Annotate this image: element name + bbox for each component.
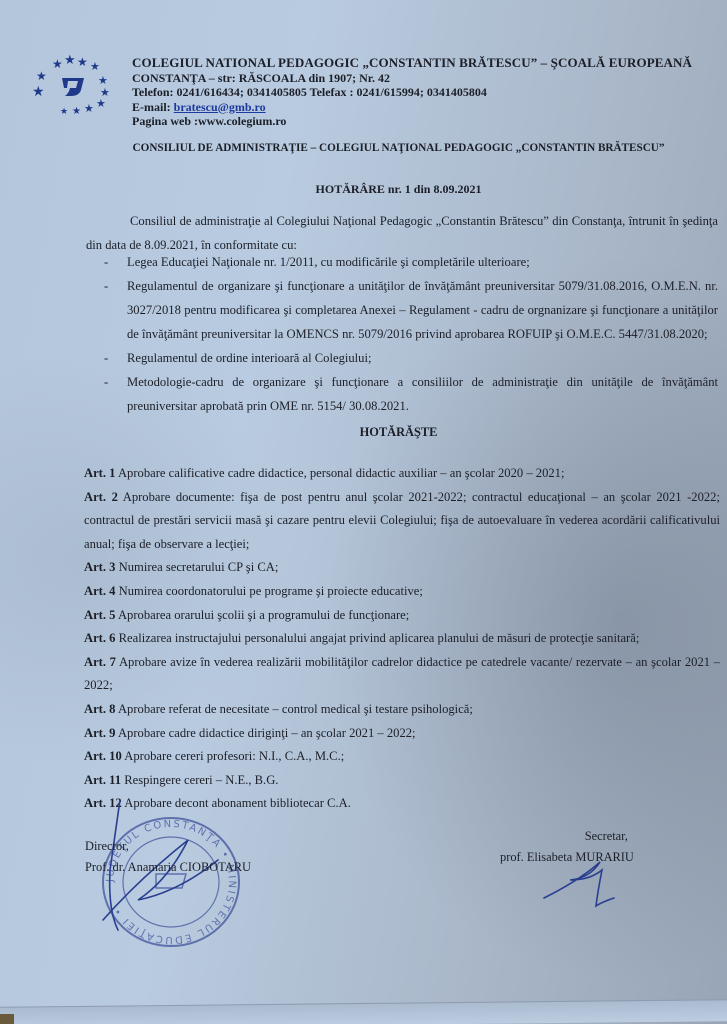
dash-bullet: - <box>104 346 108 370</box>
article-item: Art. 11 Respingere cereri – N.E., B.G. <box>84 769 720 793</box>
institution-phone: Telefon: 0241/616434; 0341405805 Telefax… <box>132 85 692 100</box>
decides-heading: HOTĂRĂŞTE <box>0 425 727 440</box>
article-item: Art. 6 Realizarea instructajului persona… <box>84 627 720 651</box>
article-item: Art. 10 Aprobare cereri profesori: N.I.,… <box>84 745 720 769</box>
article-item: Art. 7 Aprobare avize în vederea realiză… <box>84 651 720 698</box>
paper-bottom-edge <box>0 999 727 1024</box>
institution-address: CONSTANŢA – str: RĂSCOALA din 1907; Nr. … <box>132 71 692 86</box>
document-title: HOTĂRÂRE nr. 1 din 8.09.2021 <box>0 182 727 197</box>
svg-text:★: ★ <box>64 52 76 67</box>
email-label: E-mail: <box>132 100 174 114</box>
reference-item: -Regulamentul de ordine interioară al Co… <box>86 346 718 370</box>
svg-text:★: ★ <box>77 55 88 69</box>
council-heading: CONSILIUL DE ADMINISTRAŢIE – COLEGIUL NA… <box>0 142 727 154</box>
reference-item: -Metodologie-cadru de organizare şi func… <box>86 370 718 418</box>
dash-bullet: - <box>104 274 108 298</box>
legal-references-list: -Legea Educaţiei Naţionale nr. 1/2011, c… <box>86 250 718 418</box>
svg-text:★: ★ <box>32 85 45 100</box>
svg-text:★: ★ <box>98 75 108 87</box>
reference-item: -Legea Educaţiei Naţionale nr. 1/2011, c… <box>86 250 718 274</box>
svg-text:★: ★ <box>36 69 47 83</box>
dash-bullet: - <box>104 370 108 394</box>
article-item: Art. 2 Aprobare documente: fişa de post … <box>84 486 720 557</box>
director-signature-block: Director, Prof. dr. Anamaria CIOBOTARU <box>85 836 251 878</box>
dash-bullet: - <box>104 250 108 274</box>
article-item: Art. 4 Numirea coordonatorului pe progra… <box>84 580 720 604</box>
svg-text:★: ★ <box>96 98 106 110</box>
reference-item: -Regulamentul de organizare şi funcţiona… <box>86 274 718 346</box>
institution-email-row: E-mail: bratescu@gmb.ro <box>132 100 692 115</box>
article-item: Art. 3 Numirea secretarului CP şi CA; <box>84 556 720 580</box>
director-role: Director, <box>85 836 251 857</box>
secretary-signature-icon <box>540 840 640 910</box>
director-name: Prof. dr. Anamaria CIOBOTARU <box>85 857 251 878</box>
article-item: Art. 1 Aprobare calificative cadre didac… <box>84 462 720 486</box>
institution-website: Pagina web :www.colegium.ro <box>132 114 692 129</box>
article-item: Art. 8 Aprobare referat de necesitate – … <box>84 698 720 722</box>
school-logo: ★ ★ ★ ★ ★ ★ ★ ★ ★ ★ ★ ★ <box>28 52 124 116</box>
article-item: Art. 9 Aprobare cadre didactice diriginţ… <box>84 722 720 746</box>
email-link[interactable]: bratescu@gmb.ro <box>174 100 266 114</box>
svg-text:★: ★ <box>84 103 94 115</box>
svg-text:★: ★ <box>52 57 63 71</box>
article-item: Art. 5 Aprobarea orarului şcolii şi a pr… <box>84 604 720 628</box>
eu-stars-school-logo-icon: ★ ★ ★ ★ ★ ★ ★ ★ ★ ★ ★ ★ <box>28 52 124 116</box>
svg-text:★: ★ <box>72 106 81 116</box>
table-corner <box>0 1014 14 1024</box>
articles-list: Art. 1 Aprobare calificative cadre didac… <box>84 462 720 816</box>
letterhead: COLEGIUL NATIONAL PEDAGOGIC „CONSTANTIN … <box>132 56 692 129</box>
institution-name: COLEGIUL NATIONAL PEDAGOGIC „CONSTANTIN … <box>132 56 692 71</box>
svg-text:★: ★ <box>90 61 100 73</box>
svg-text:★: ★ <box>60 106 68 116</box>
